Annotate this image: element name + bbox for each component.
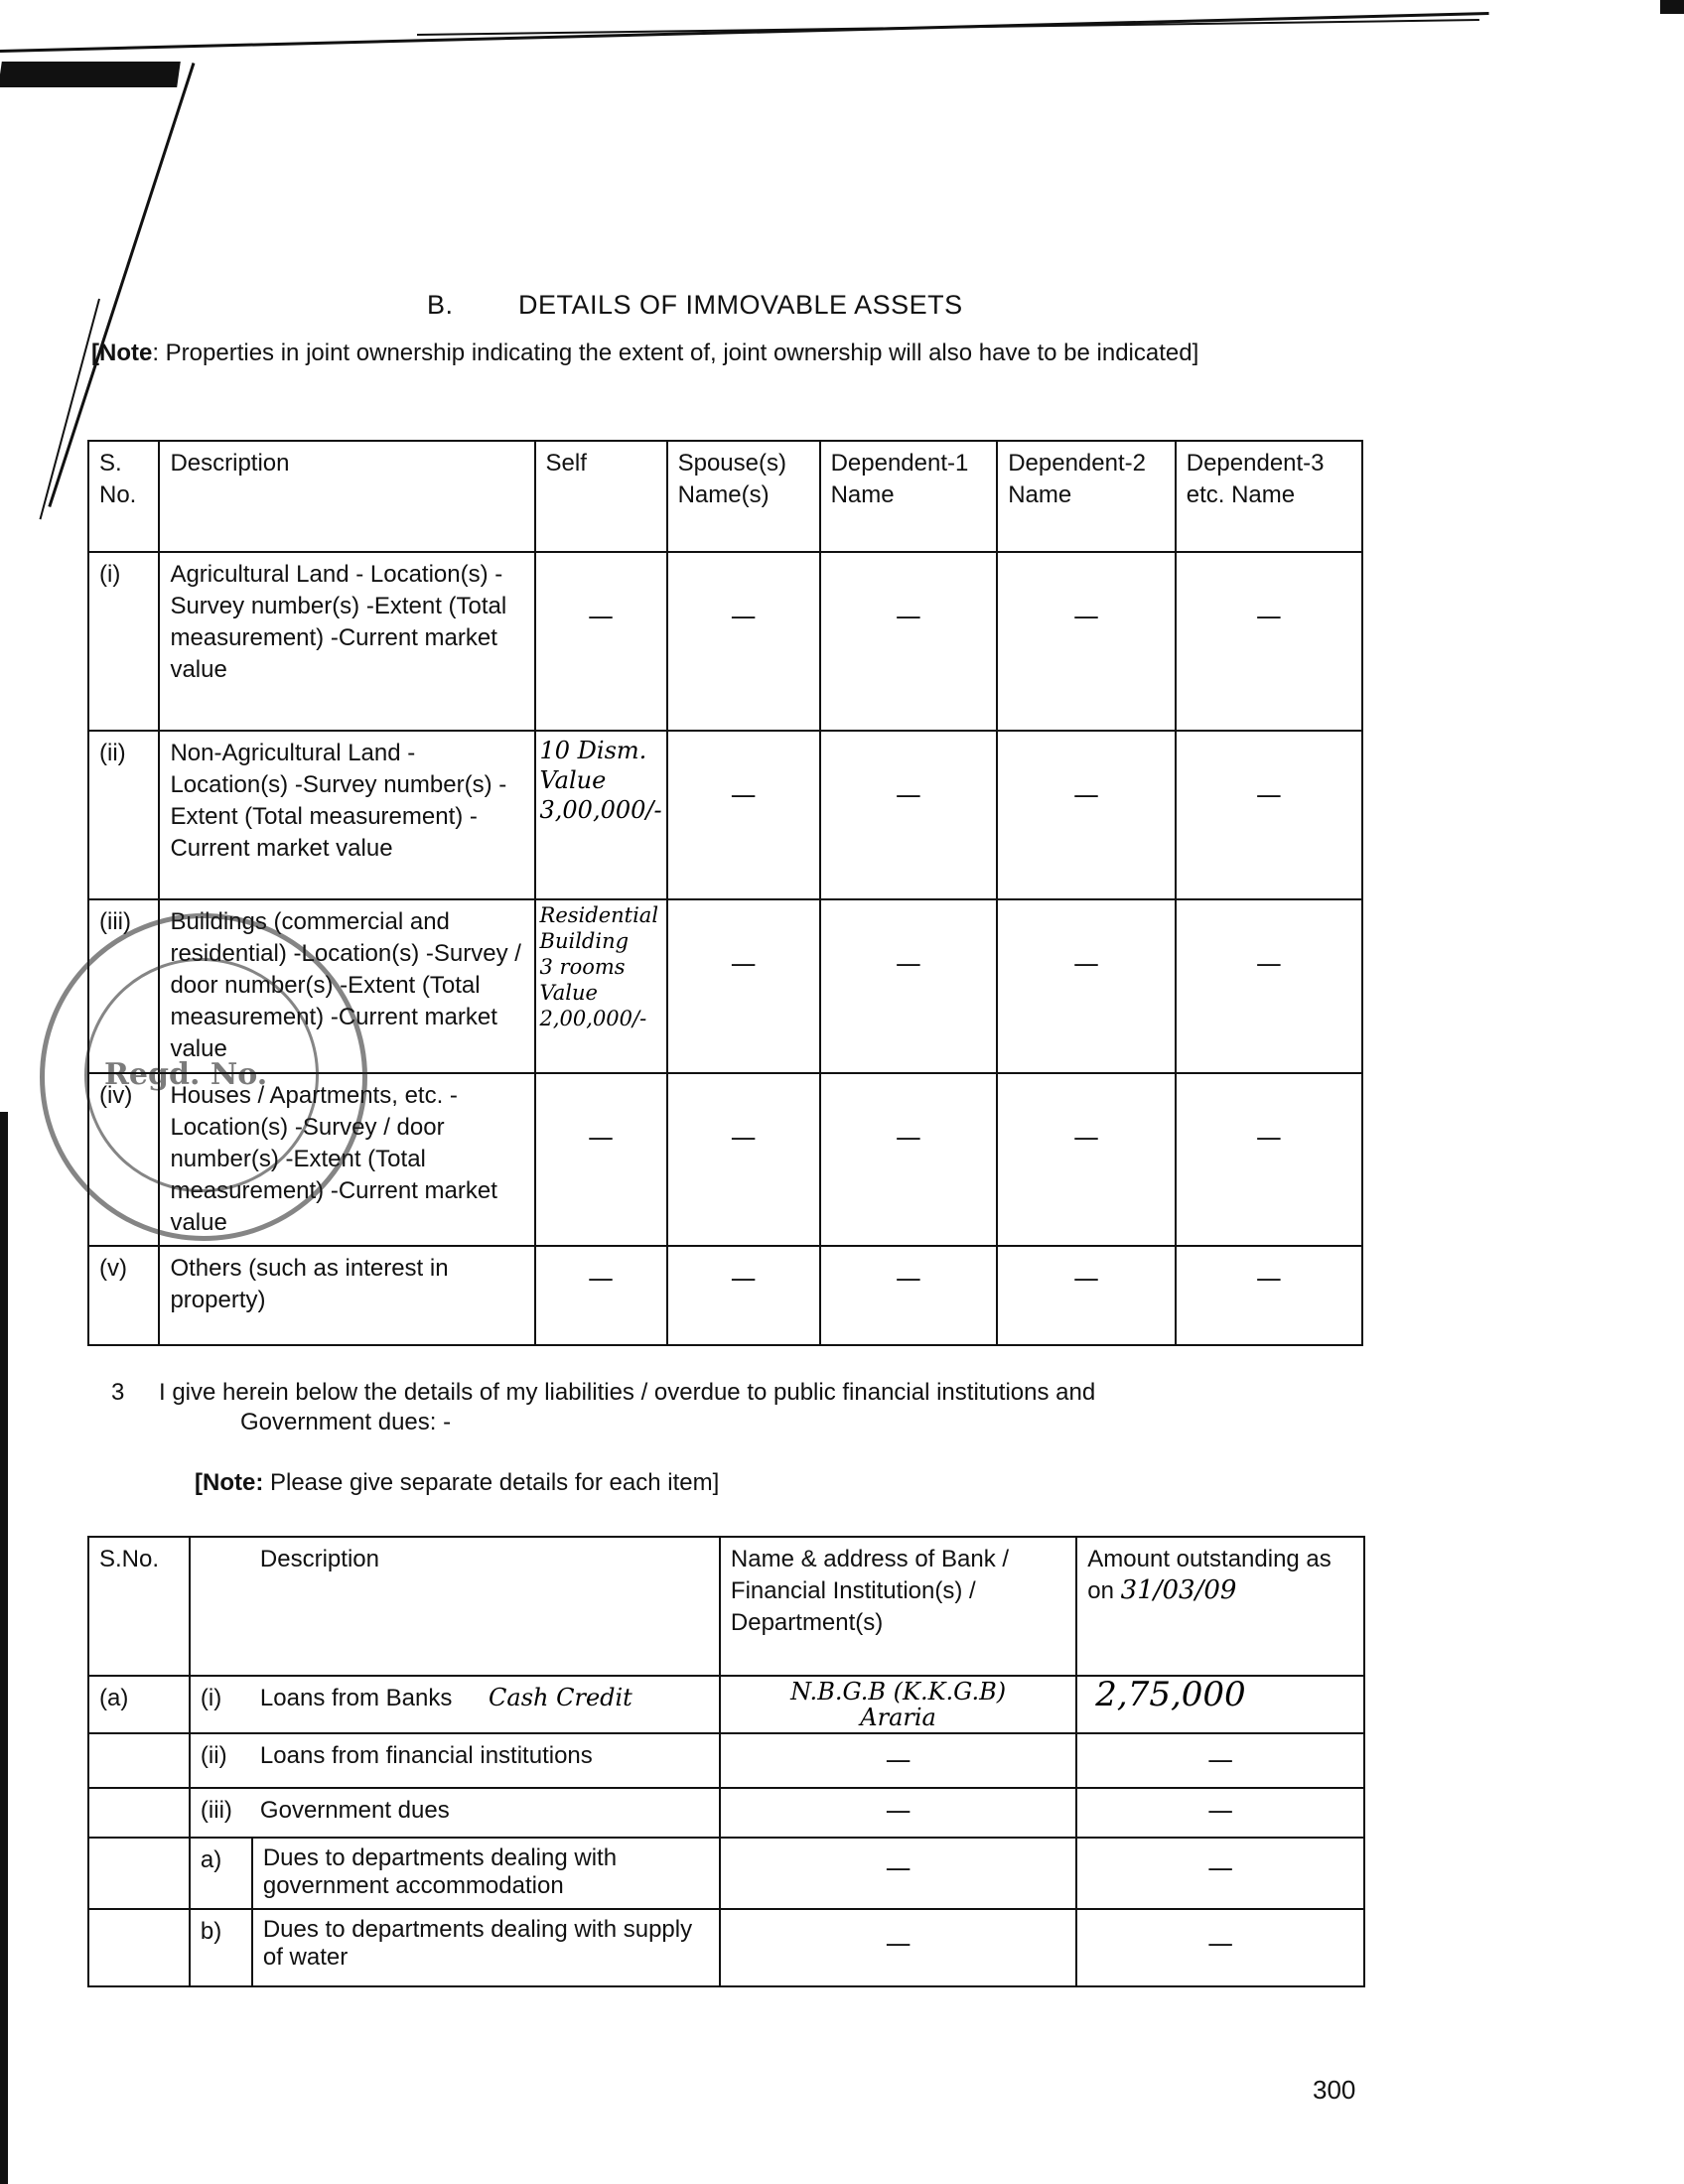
self-value: — (546, 601, 656, 632)
row-description-cell: (ii)Loans from financial institutions (190, 1733, 720, 1788)
liabilities-intro: 3I give herein below the details of my l… (111, 1378, 1303, 1437)
row-description: Buildings (commercial and residential) -… (159, 899, 534, 1073)
self-value: — (546, 1122, 656, 1154)
table-header-row: S. No. Description Self Spouse(s) Name(s… (88, 441, 1362, 552)
table-row: (i) Agricultural Land - Location(s) -Sur… (88, 552, 1362, 731)
handwritten-line: 3,00,000/- (540, 795, 662, 825)
row-sub: a) (190, 1838, 252, 1909)
row-description: Agricultural Land - Location(s) -Survey … (159, 552, 534, 731)
table-row: a) Dues to departments dealing with gove… (88, 1838, 1364, 1909)
section-title: DETAILS OF IMMOVABLE ASSETS (518, 290, 963, 320)
row-sno: (i) (88, 552, 159, 731)
amount-handwritten: 2,75,000 (1076, 1676, 1364, 1733)
scan-corner-mark (1660, 0, 1684, 14)
bank-value: — (731, 1795, 1065, 1827)
row-group (88, 1733, 190, 1788)
header-bank: Name & address of Bank / Financial Insti… (720, 1537, 1076, 1676)
table-row: (ii) Non-Agricultural Land - Location(s)… (88, 731, 1362, 899)
spouse-value: — (678, 601, 809, 632)
note-label: [Note (91, 340, 152, 366)
note-text: Please give separate details for each it… (263, 1469, 719, 1496)
amount-value: — (1087, 1928, 1353, 1960)
handwritten-line: Value (540, 980, 662, 1006)
intro-line-2: Government dues: - (111, 1408, 1303, 1437)
row-description: Government dues (260, 1797, 450, 1824)
header-sno: S.No. (88, 1537, 190, 1676)
row-sno: (iv) (88, 1073, 159, 1246)
spouse-value: — (678, 1263, 809, 1295)
row-description: Loans from financial institutions (260, 1742, 593, 1769)
dependent-3-value: — (1187, 1122, 1351, 1154)
header-dependent-3: Dependent-3 etc. Name (1176, 441, 1362, 552)
handwritten-line: 10 Dism. (540, 736, 662, 765)
header-spouse: Spouse(s) Name(s) (667, 441, 820, 552)
row-group (88, 1909, 190, 1986)
header-description: Description (190, 1537, 720, 1676)
row-sub: b) (190, 1909, 252, 1986)
row-sub: (i) (201, 1683, 260, 1714)
spouse-value: — (678, 948, 809, 980)
row-sno: (iii) (88, 899, 159, 1073)
row-description: Dues to departments dealing with supply … (252, 1909, 720, 1986)
bank-line: Araria (725, 1705, 1071, 1730)
separate-details-note: [Note: Please give separate details for … (195, 1469, 719, 1497)
handwritten-line: Building (540, 928, 662, 954)
table-row: b) Dues to departments dealing with supp… (88, 1909, 1364, 1986)
intro-line-1: I give herein below the details of my li… (159, 1379, 1095, 1406)
row-description: Loans from Banks (260, 1685, 452, 1711)
bank-value: — (731, 1852, 1065, 1884)
section-letter: B. (427, 290, 518, 321)
row-description-cell: (i)Loans from Banks Cash Credit (190, 1676, 720, 1733)
dependent-2-value: — (1008, 948, 1165, 980)
table-row: (a) (i)Loans from Banks Cash Credit N.B.… (88, 1676, 1364, 1733)
page-number: 300 (1313, 2075, 1355, 2106)
scan-left-edge (0, 1112, 8, 2184)
handwritten-line: Value (540, 765, 662, 795)
dependent-3-value: — (1187, 779, 1351, 811)
dependent-1-value: — (831, 601, 987, 632)
spouse-value: — (678, 779, 809, 811)
row-group (88, 1838, 190, 1909)
dependent-2-value: — (1008, 601, 1165, 632)
dependent-3-value: — (1187, 948, 1351, 980)
dependent-3-value: — (1187, 1263, 1351, 1295)
header-sno: S. No. (88, 441, 159, 552)
header-self: Self (535, 441, 667, 552)
table-header-row: S.No. Description Name & address of Bank… (88, 1537, 1364, 1676)
row-description: Dues to departments dealing with governm… (252, 1838, 720, 1909)
dependent-2-value: — (1008, 1263, 1165, 1295)
scan-edge-line (417, 19, 1479, 36)
header-dependent-2: Dependent-2 Name (997, 441, 1176, 552)
note-text: : Properties in joint ownership indicati… (152, 340, 1198, 366)
header-dependent-1: Dependent-1 Name (820, 441, 998, 552)
scan-corner-shadow (0, 62, 181, 87)
row-sub: (ii) (201, 1740, 260, 1772)
amount-value: — (1087, 1795, 1353, 1827)
table-row: (ii)Loans from financial institutions — … (88, 1733, 1364, 1788)
bank-name-handwritten: N.B.G.B (K.K.G.B) Araria (720, 1676, 1076, 1733)
bank-value: — (731, 1744, 1065, 1776)
note-label: [Note: (195, 1469, 263, 1496)
amount-as-on-date: 31/03/09 (1121, 1575, 1237, 1605)
immovable-assets-table: S. No. Description Self Spouse(s) Name(s… (87, 440, 1363, 1346)
spouse-value: — (678, 1122, 809, 1154)
self-value: — (546, 1263, 656, 1295)
table-row: (iii)Government dues — — (88, 1788, 1364, 1838)
row-description: Others (such as interest in property) (159, 1246, 534, 1345)
section-number: 3 (111, 1378, 159, 1408)
row-group (88, 1788, 190, 1838)
handwritten-line: 2,00,000/- (540, 1006, 662, 1031)
row-description: Houses / Apartments, etc. - Location(s) … (159, 1073, 534, 1246)
amount-value: — (1087, 1852, 1353, 1884)
table-row: (iii) Buildings (commercial and resident… (88, 899, 1362, 1073)
row-sno: (v) (88, 1246, 159, 1345)
liabilities-table: S.No. Description Name & address of Bank… (87, 1536, 1365, 1987)
dependent-1-value: — (831, 779, 987, 811)
section-b-heading: B.DETAILS OF IMMOVABLE ASSETS (427, 290, 963, 321)
dependent-1-value: — (831, 948, 987, 980)
bank-value: — (731, 1928, 1065, 1960)
row-sno: (ii) (88, 731, 159, 899)
row-group: (a) (88, 1676, 190, 1733)
self-handwritten-value: Residential Building 3 rooms Value 2,00,… (535, 899, 667, 1073)
row-description-cell: (iii)Government dues (190, 1788, 720, 1838)
dependent-2-value: — (1008, 1122, 1165, 1154)
scan-edge-line (0, 12, 1489, 53)
dependent-3-value: — (1187, 601, 1351, 632)
header-description: Description (159, 441, 534, 552)
dependent-1-value: — (831, 1263, 987, 1295)
handwritten-line: Residential (540, 902, 662, 928)
row-sub: (iii) (201, 1795, 260, 1827)
handwritten-loan-type: Cash Credit (489, 1684, 632, 1711)
dependent-1-value: — (831, 1122, 987, 1154)
handwritten-line: 3 rooms (540, 954, 662, 980)
self-handwritten-value: 10 Dism. Value 3,00,000/- (535, 731, 667, 899)
amount-value: — (1087, 1744, 1353, 1776)
header-amount: Amount outstanding as on 31/03/09 (1076, 1537, 1364, 1676)
joint-ownership-note: [Note: Properties in joint ownership ind… (91, 338, 1357, 369)
bank-line: N.B.G.B (K.K.G.B) (725, 1679, 1071, 1705)
table-row: (iv) Houses / Apartments, etc. - Locatio… (88, 1073, 1362, 1246)
row-description: Non-Agricultural Land - Location(s) -Sur… (159, 731, 534, 899)
dependent-2-value: — (1008, 779, 1165, 811)
table-row: (v) Others (such as interest in property… (88, 1246, 1362, 1345)
